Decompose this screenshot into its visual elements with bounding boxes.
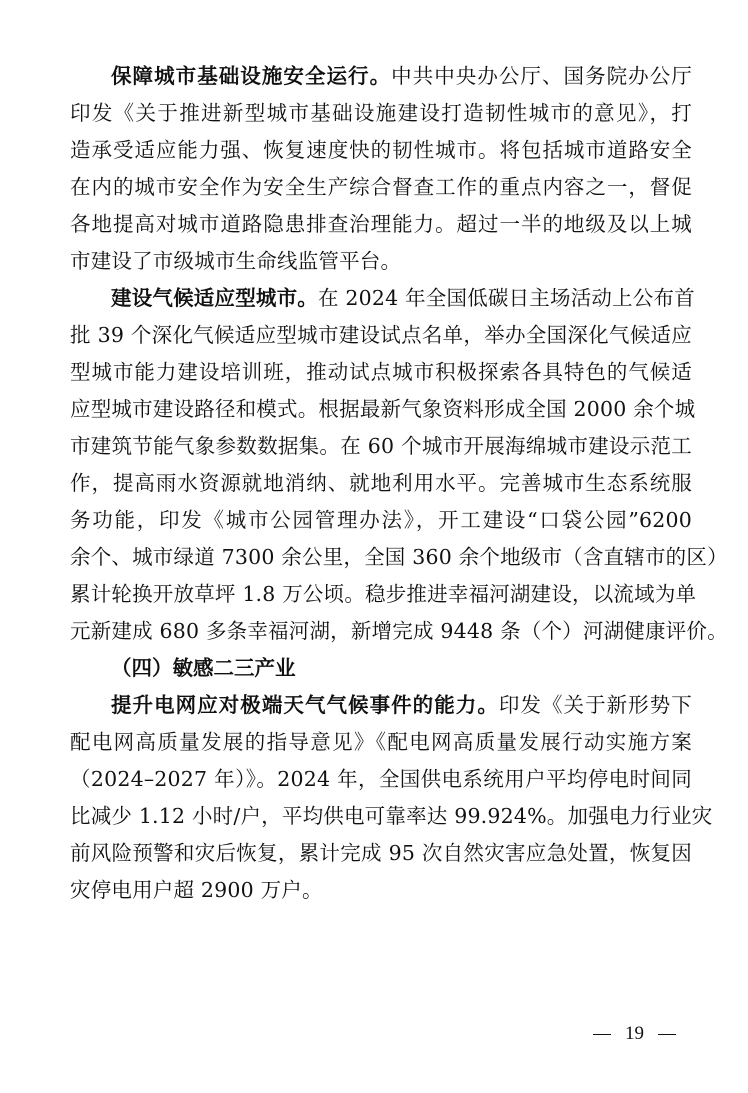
paragraph-line: 配电网高质量发展的指导意见》《配电网高质量发展行动实施方案: [70, 724, 692, 761]
document-page: 保障城市基础设施安全运行。中共中央办公厅、国务院办公厅 印发《关于推进新型城市基…: [70, 58, 692, 909]
paragraph-line: 灾停电用户超 2900 万户。: [70, 872, 692, 909]
page-number: 19: [625, 1023, 644, 1044]
paragraph-line: （2024–2027 年）》。2024 年，全国供电系统用户平均停电时间同: [70, 761, 692, 798]
paragraph-line: 比减少 1.12 小时/户，平均供电可靠率达 99.924%。加强电力行业灾: [70, 798, 692, 835]
paragraph-line: 务功能，印发《城市公园管理办法》，开工建设“口袋公园”6200: [70, 502, 692, 539]
paragraph-line: 应型城市建设路径和模式。根据最新气象资料形成全国 2000 余个城: [70, 391, 692, 428]
dash-left: [593, 1034, 611, 1035]
paragraph-line: 余个、城市绿道 7300 余公里，全国 360 余个地级市（含直辖市的区）: [70, 539, 692, 576]
paragraph-climate-adaptive-cities: 建设气候适应型城市。在 2024 年全国低碳日主场活动上公布首 批 39 个深化…: [70, 280, 692, 650]
paragraph-line: 型城市能力建设培训班，推动试点城市积极探索各具特色的气候适: [70, 354, 692, 391]
paragraph-heading: 建设气候适应型城市。: [111, 286, 318, 310]
paragraph-line: 印发《关于推进新型城市基础设施建设打造韧性城市的意见》，打: [70, 95, 692, 132]
paragraph-line: 作，提高雨水资源就地消纳、就地利用水平。完善城市生态系统服: [70, 465, 692, 502]
section-heading: （四）敏感二三产业: [70, 650, 692, 687]
paragraph-power-grid-resilience: 提升电网应对极端天气气候事件的能力。印发《关于新形势下 配电网高质量发展的指导意…: [70, 687, 692, 909]
paragraph-first-line: 保障城市基础设施安全运行。中共中央办公厅、国务院办公厅: [70, 58, 692, 95]
paragraph-text: 中共中央办公厅、国务院办公厅: [391, 64, 692, 88]
paragraph-line: 造承受适应能力强、恢复速度快的韧性城市。将包括城市道路安全: [70, 132, 692, 169]
paragraph-line: 在内的城市安全作为安全生产综合督查工作的重点内容之一，督促: [70, 169, 692, 206]
paragraph-first-line: 提升电网应对极端天气气候事件的能力。印发《关于新形势下: [70, 687, 692, 724]
page-footer: 19: [0, 1023, 748, 1045]
paragraph-text: 印发《关于新形势下: [499, 693, 692, 717]
paragraph-line: 批 39 个深化气候适应型城市建设试点名单，举办全国深化气候适应: [70, 317, 692, 354]
paragraph-line: 市建筑节能气象参数数据集。在 60 个城市开展海绵城市建设示范工: [70, 428, 692, 465]
paragraph-urban-infrastructure-safety: 保障城市基础设施安全运行。中共中央办公厅、国务院办公厅 印发《关于推进新型城市基…: [70, 58, 692, 280]
paragraph-heading: 保障城市基础设施安全运行。: [111, 64, 391, 88]
paragraph-text: 在 2024 年全国低碳日主场活动上公布首: [318, 286, 695, 310]
paragraph-line: 累计轮换开放草坪 1.8 万公顷。稳步推进幸福河湖建设，以流域为单: [70, 576, 692, 613]
paragraph-line: 元新建成 680 多条幸福河湖，新增完成 9448 条（个）河湖健康评价。: [70, 613, 692, 650]
paragraph-line: 各地提高对城市道路隐患排查治理能力。超过一半的地级及以上城: [70, 206, 692, 243]
paragraph-line: 前风险预警和灾后恢复，累计完成 95 次自然灾害应急处置，恢复因: [70, 835, 692, 872]
dash-right: [658, 1034, 676, 1035]
paragraph-line: 市建设了市级城市生命线监管平台。: [70, 243, 692, 280]
paragraph-first-line: 建设气候适应型城市。在 2024 年全国低碳日主场活动上公布首: [70, 280, 692, 317]
paragraph-heading: 提升电网应对极端天气气候事件的能力。: [111, 693, 499, 717]
